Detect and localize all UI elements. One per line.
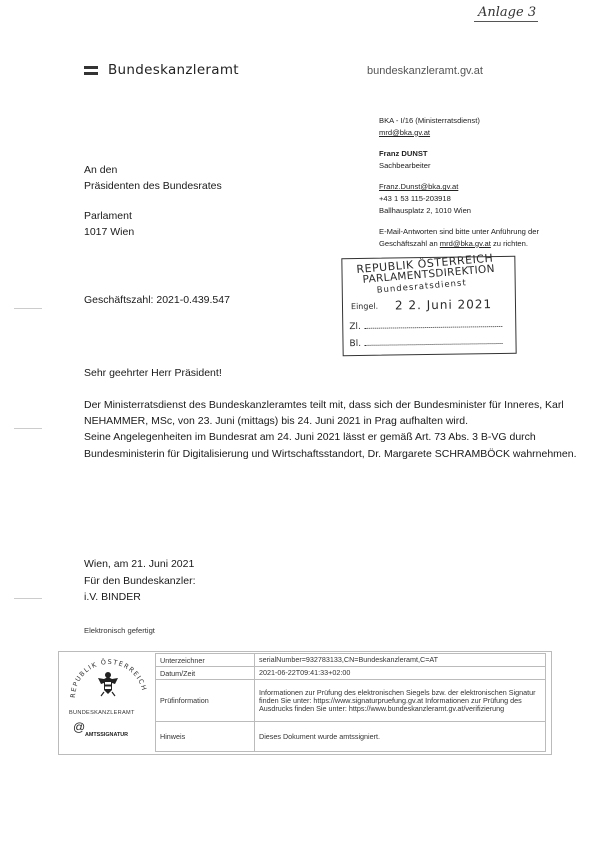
closing-for: Für den Bundeskanzler: <box>84 573 195 590</box>
austrian-flag-icon <box>84 66 98 75</box>
signer: i.V. BINDER <box>84 589 195 606</box>
website-link[interactable]: bundeskanzleramt.gv.at <box>367 65 483 77</box>
row-label: Prüfinformation <box>156 680 255 722</box>
recipient-line: Präsidenten des Bundesrates <box>84 178 222 194</box>
sender-email-link[interactable]: Franz.Dunst@bka.gv.at <box>379 181 539 193</box>
seal-org: BUNDESKANZLERAMT <box>69 710 135 716</box>
reply-note-text: Geschäftszahl an <box>379 239 440 248</box>
row-value: 2021-06-22T09:41:33+02:00 <box>255 667 546 680</box>
recipient-line: 1017 Wien <box>84 224 222 240</box>
fold-mark <box>14 428 42 429</box>
recipient-line: Parlament <box>84 208 222 224</box>
reference-number: Geschäftszahl: 2021-0.439.547 <box>84 294 230 306</box>
reply-email-link[interactable]: mrd@bka.gv.at <box>440 239 491 248</box>
bl-label: Bl. <box>349 339 361 349</box>
stamp-received-label: Eingel. <box>351 302 378 311</box>
sender-phone: +43 1 53 115-203918 <box>379 193 539 205</box>
table-row: UnterzeichnerserialNumber=932783133,CN=B… <box>156 654 546 667</box>
received-stamp: REPUBLIK ÖSTERREICH PARLAMENTSDIREKTION … <box>341 256 516 356</box>
stamp-received-date: 2 2. Juni 2021 <box>395 297 492 312</box>
body-paragraph: Der Ministerratsdienst des Bundeskanzler… <box>84 397 589 429</box>
table-row: PrüfinformationInformationen zur Prüfung… <box>156 680 546 722</box>
row-value: Informationen zur Prüfung des elektronis… <box>255 680 546 722</box>
eagle-icon <box>96 670 120 698</box>
place-date: Wien, am 21. Juni 2021 <box>84 556 195 573</box>
official-seal: REPUBLIK ÖSTERREICH BUNDESKANZLERAMT @ A… <box>63 656 153 750</box>
stamp-zl-field: Zl. <box>349 320 509 332</box>
recipient-address: An den Präsidenten des Bundesrates Parla… <box>84 162 222 240</box>
handwritten-annotation: Anlage 3 <box>478 5 536 20</box>
sender-department: BKA - I/16 (Ministerratsdienst) <box>379 115 539 127</box>
closing-block: Wien, am 21. Juni 2021 Für den Bundeskan… <box>84 556 195 606</box>
signature-block: REPUBLIK ÖSTERREICH BUNDESKANZLERAMT @ A… <box>58 651 552 755</box>
signature-table: UnterzeichnerserialNumber=932783133,CN=B… <box>155 653 546 752</box>
sender-address: Ballhausplatz 2, 1010 Wien <box>379 205 539 217</box>
body-paragraph: Seine Angelegenheiten im Bundesrat am 24… <box>84 429 589 461</box>
seal-badge: AMTSSIGNATUR <box>85 732 128 738</box>
sender-name: Franz DUNST <box>379 148 539 160</box>
row-value: serialNumber=932783133,CN=Bundeskanzlera… <box>255 654 546 667</box>
reply-note-text-end: zu richten. <box>491 239 528 248</box>
at-sign-icon: @ <box>73 720 85 734</box>
reply-note-line2: Geschäftszahl an mrd@bka.gv.at zu richte… <box>379 238 539 250</box>
row-value: Dieses Dokument wurde amtssigniert. <box>255 722 546 752</box>
stamp-bl-field: Bl. <box>349 337 509 349</box>
table-row: HinweisDieses Dokument wurde amtssignier… <box>156 722 546 752</box>
row-label: Hinweis <box>156 722 255 752</box>
letter-body: Der Ministerratsdienst des Bundeskanzler… <box>84 397 589 462</box>
electronic-note: Elektronisch gefertigt <box>84 626 155 635</box>
zl-label: Zl. <box>349 322 361 332</box>
sender-block: BKA - I/16 (Ministerratsdienst) mrd@bka.… <box>379 115 539 249</box>
fold-mark <box>14 598 42 599</box>
department-email-link[interactable]: mrd@bka.gv.at <box>379 127 539 139</box>
sender-role: Sachbearbeiter <box>379 160 539 172</box>
fold-mark <box>14 308 42 309</box>
table-row: Datum/Zeit2021-06-22T09:41:33+02:00 <box>156 667 546 680</box>
row-label: Unterzeichner <box>156 654 255 667</box>
letterhead-logo: Bundeskanzleramt <box>84 62 239 78</box>
logo-text: Bundeskanzleramt <box>108 62 239 78</box>
reply-note-line1: E-Mail-Antworten sind bitte unter Anführ… <box>379 226 539 238</box>
row-label: Datum/Zeit <box>156 667 255 680</box>
salutation: Sehr geehrter Herr Präsident! <box>84 367 222 379</box>
recipient-line: An den <box>84 162 222 178</box>
